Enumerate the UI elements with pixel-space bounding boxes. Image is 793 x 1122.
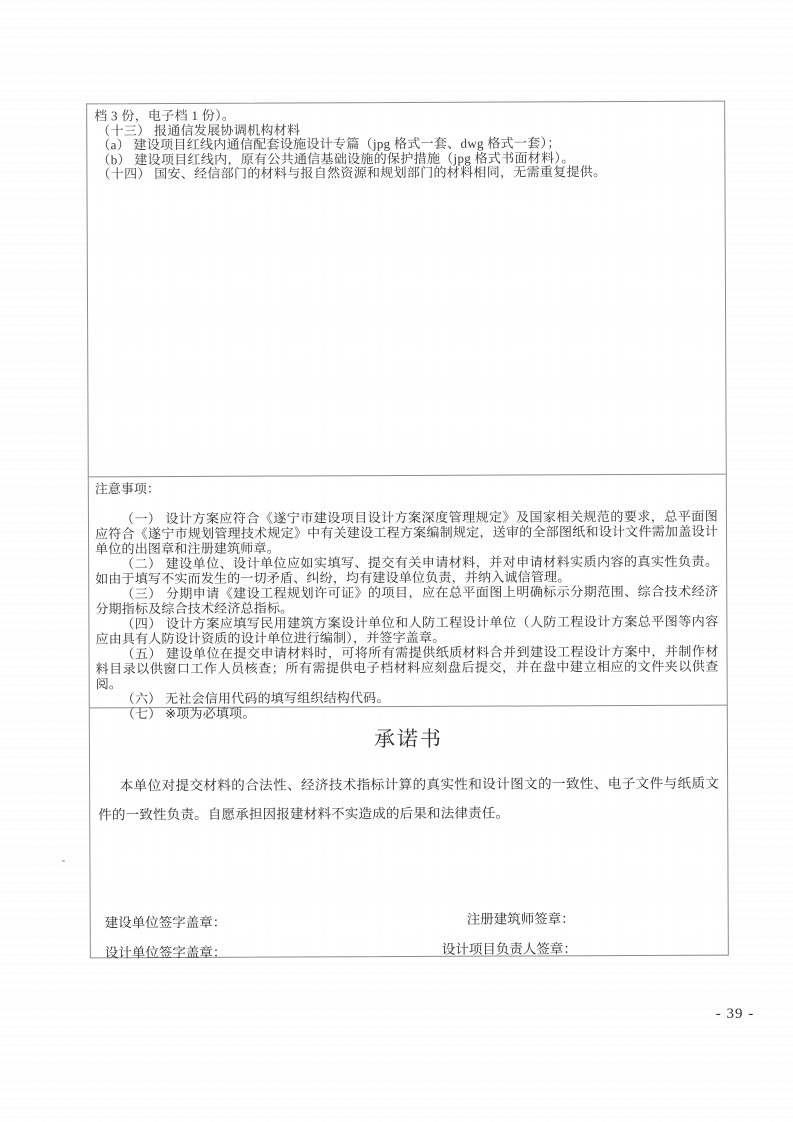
notes-title: 注意事项： xyxy=(95,479,718,497)
signature-construction-unit-label: 建设单位签字盖章： xyxy=(105,911,227,932)
notes-section: 注意事项： （一） 设计方案应符合《遂宁市建设项目设计方案深度管理规定》及国家相… xyxy=(89,475,727,709)
page-number: - 39 - xyxy=(705,1006,765,1023)
promise-title: 承诺书 xyxy=(98,722,719,755)
signature-design-unit-label: 设计单位签字盖章： xyxy=(105,941,227,962)
signature-registered-architect-label: 注册建筑师签章： xyxy=(467,907,575,927)
note-item-1: （一） 设计方案应符合《遂宁市建设项目设计方案深度管理规定》及国家相关规范的要求… xyxy=(95,509,718,557)
note-item-2: （二） 建设单位、设计单位应如实填写、提交有关申请材料，并对申请材料实质内容的真… xyxy=(95,554,718,587)
scanned-document-page: { "materials": { "lines": [ "档 3 份，电子档 1… xyxy=(0,0,793,1122)
scan-speck xyxy=(62,860,65,862)
note-item-5: （五） 建设单位在提交申请材料时，可将所有需提供纸质材料合并到建设工程设计方案中… xyxy=(96,644,719,692)
note-item-3: （三） 分期申请《建设工程规划许可证》的项目，应在总平面图上明确标示分期范围、综… xyxy=(95,584,718,617)
materials-line-item-14: （十四） 国安、经信部门的材料与报自然资源和规划部门的材料相同，无需重复提供。 xyxy=(94,165,716,182)
promise-section: 承诺书 本单位对提交材料的合法性、经济技术指标计算的真实性和设计图文的一致性、电… xyxy=(90,706,728,958)
signature-design-project-lead-label: 设计项目负责人签章： xyxy=(442,937,577,958)
promise-body: 本单位对提交材料的合法性、经济技术指标计算的真实性和设计图文的一致性、电子文件与… xyxy=(98,769,719,830)
note-item-4: （四） 设计方案应填写民用建筑方案设计单位和人防工程设计单位（人防工程设计方案总… xyxy=(95,614,718,647)
document-form-table: 档 3 份，电子档 1 份）。 （十三） 报通信发展协调机构材料 （a） 建设项… xyxy=(86,101,729,959)
materials-section: 档 3 份，电子档 1 份）。 （十三） 报通信发展协调机构材料 （a） 建设项… xyxy=(87,102,726,478)
